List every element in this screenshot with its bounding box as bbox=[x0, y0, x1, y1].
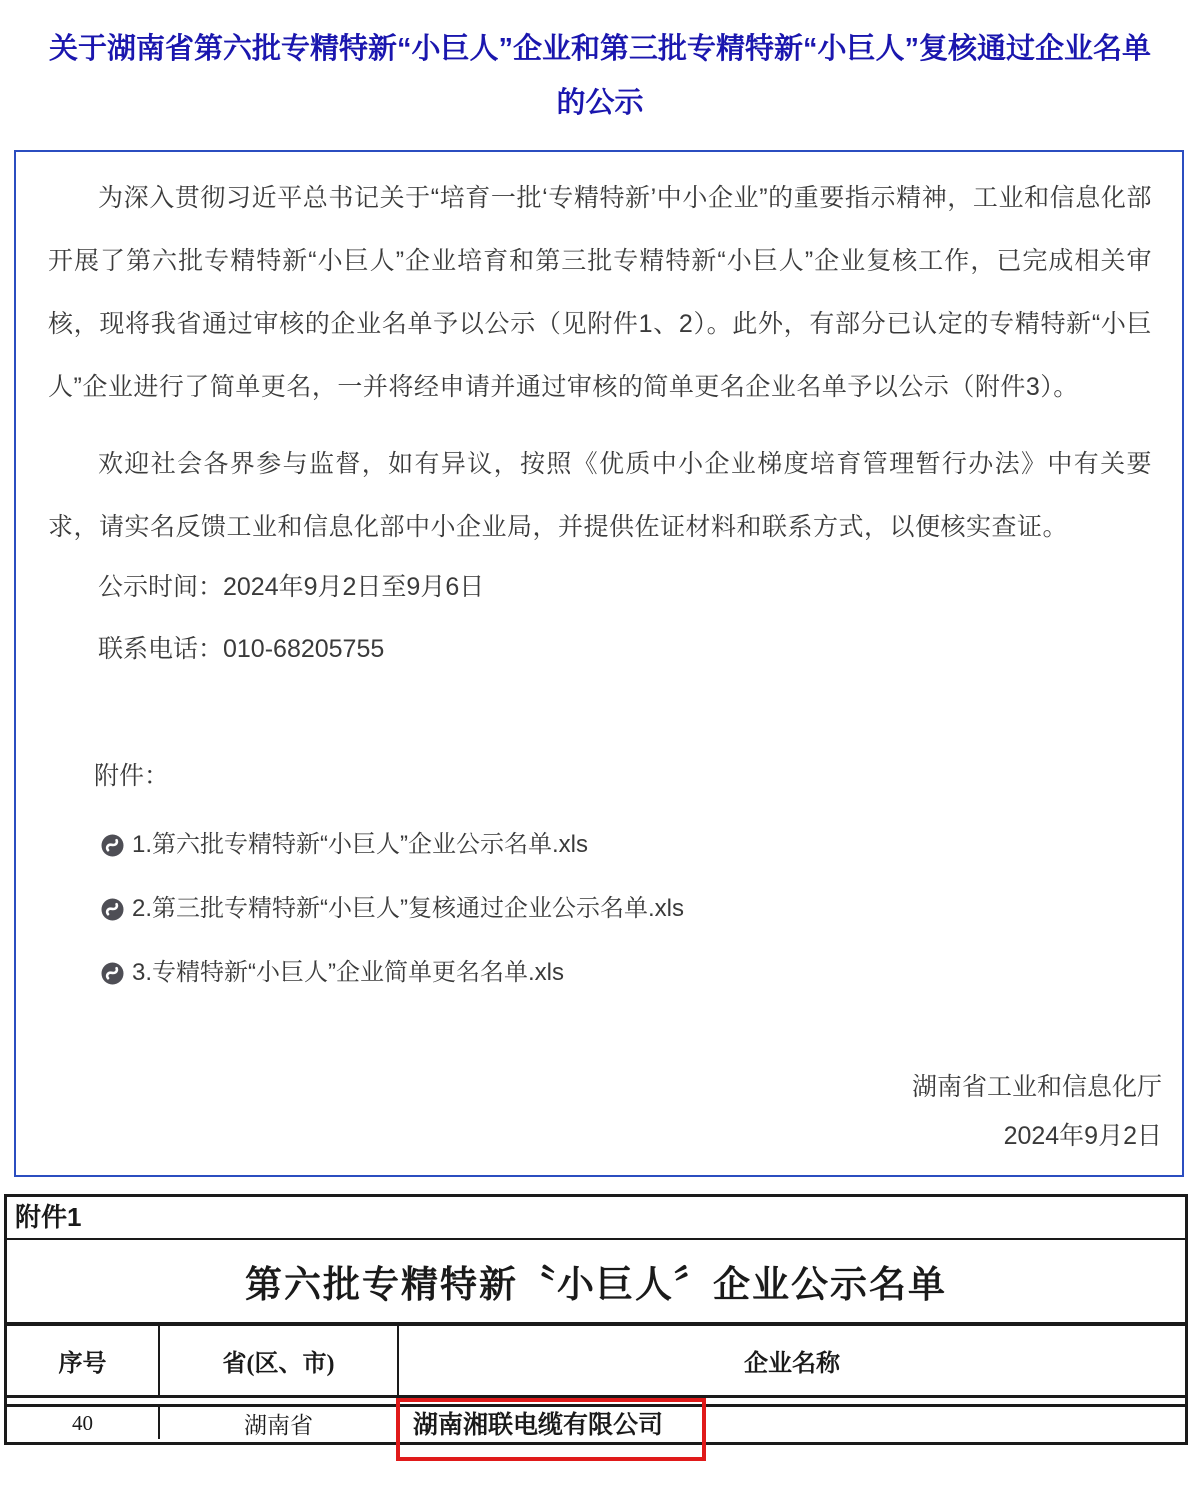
page-title-line-2: 的公示 bbox=[0, 76, 1200, 130]
signature-organization: 湖南省工业和信息化厅 bbox=[912, 1071, 1162, 1104]
table-header-company: 企业名称 bbox=[399, 1326, 1185, 1395]
highlight-box bbox=[396, 1398, 706, 1461]
attachment-link-label: 2.第三批专精特新“小巨人”复核通过企业公示名单.xls bbox=[132, 894, 684, 924]
page-title-line-1: 关于湖南省第六批专精特新“小巨人”企业和第三批专精特新“小巨人”复核通过企业名单 bbox=[0, 22, 1200, 76]
attachment-icon bbox=[101, 962, 124, 985]
table-cell-province: 湖南省 bbox=[160, 1407, 399, 1439]
notice-paragraph-2: 欢迎社会各界参与监督，如有异议，按照《优质中小企业梯度培育管理暂行办法》中有关要… bbox=[48, 433, 1152, 559]
attachment-icon bbox=[101, 834, 124, 857]
table-tag: 附件1 bbox=[7, 1197, 1185, 1240]
table-cell-seq: 40 bbox=[7, 1407, 160, 1439]
notice-box: 为深入贯彻习近平总书记关于“培育一批‘专精特新’中小企业”的重要指示精神，工业和… bbox=[14, 150, 1184, 1177]
attachment-link-label: 1.第六批专精特新“小巨人”企业公示名单.xls bbox=[132, 830, 588, 860]
notice-paragraph-1: 为深入贯彻习近平总书记关于“培育一批‘专精特新’中小企业”的重要指示精神，工业和… bbox=[48, 167, 1152, 419]
attachment-link-1[interactable]: 1.第六批专精特新“小巨人”企业公示名单.xls bbox=[101, 830, 588, 860]
attachment-link-2[interactable]: 2.第三批专精特新“小巨人”复核通过企业公示名单.xls bbox=[101, 894, 684, 924]
page-title: 关于湖南省第六批专精特新“小巨人”企业和第三批专精特新“小巨人”复核通过企业名单… bbox=[0, 22, 1200, 130]
table-header-province: 省(区、市) bbox=[160, 1326, 399, 1395]
table-header-row: 序号 省(区、市) 企业名称 bbox=[7, 1326, 1185, 1398]
contact-phone: 联系电话：010-68205755 bbox=[98, 633, 384, 666]
attachments-label: 附件： bbox=[94, 760, 169, 793]
publicity-period: 公示时间：2024年9月2日至9月6日 bbox=[98, 571, 484, 604]
attachment-link-label: 3.专精特新“小巨人”企业简单更名名单.xls bbox=[132, 958, 564, 988]
table-header-seq: 序号 bbox=[7, 1326, 160, 1395]
table-title: 第六批专精特新〝小巨人〞企业公示名单 bbox=[7, 1240, 1185, 1326]
attachment-link-3[interactable]: 3.专精特新“小巨人”企业简单更名名单.xls bbox=[101, 958, 564, 988]
signature-date: 2024年9月2日 bbox=[1004, 1120, 1162, 1153]
attachment-icon bbox=[101, 898, 124, 921]
